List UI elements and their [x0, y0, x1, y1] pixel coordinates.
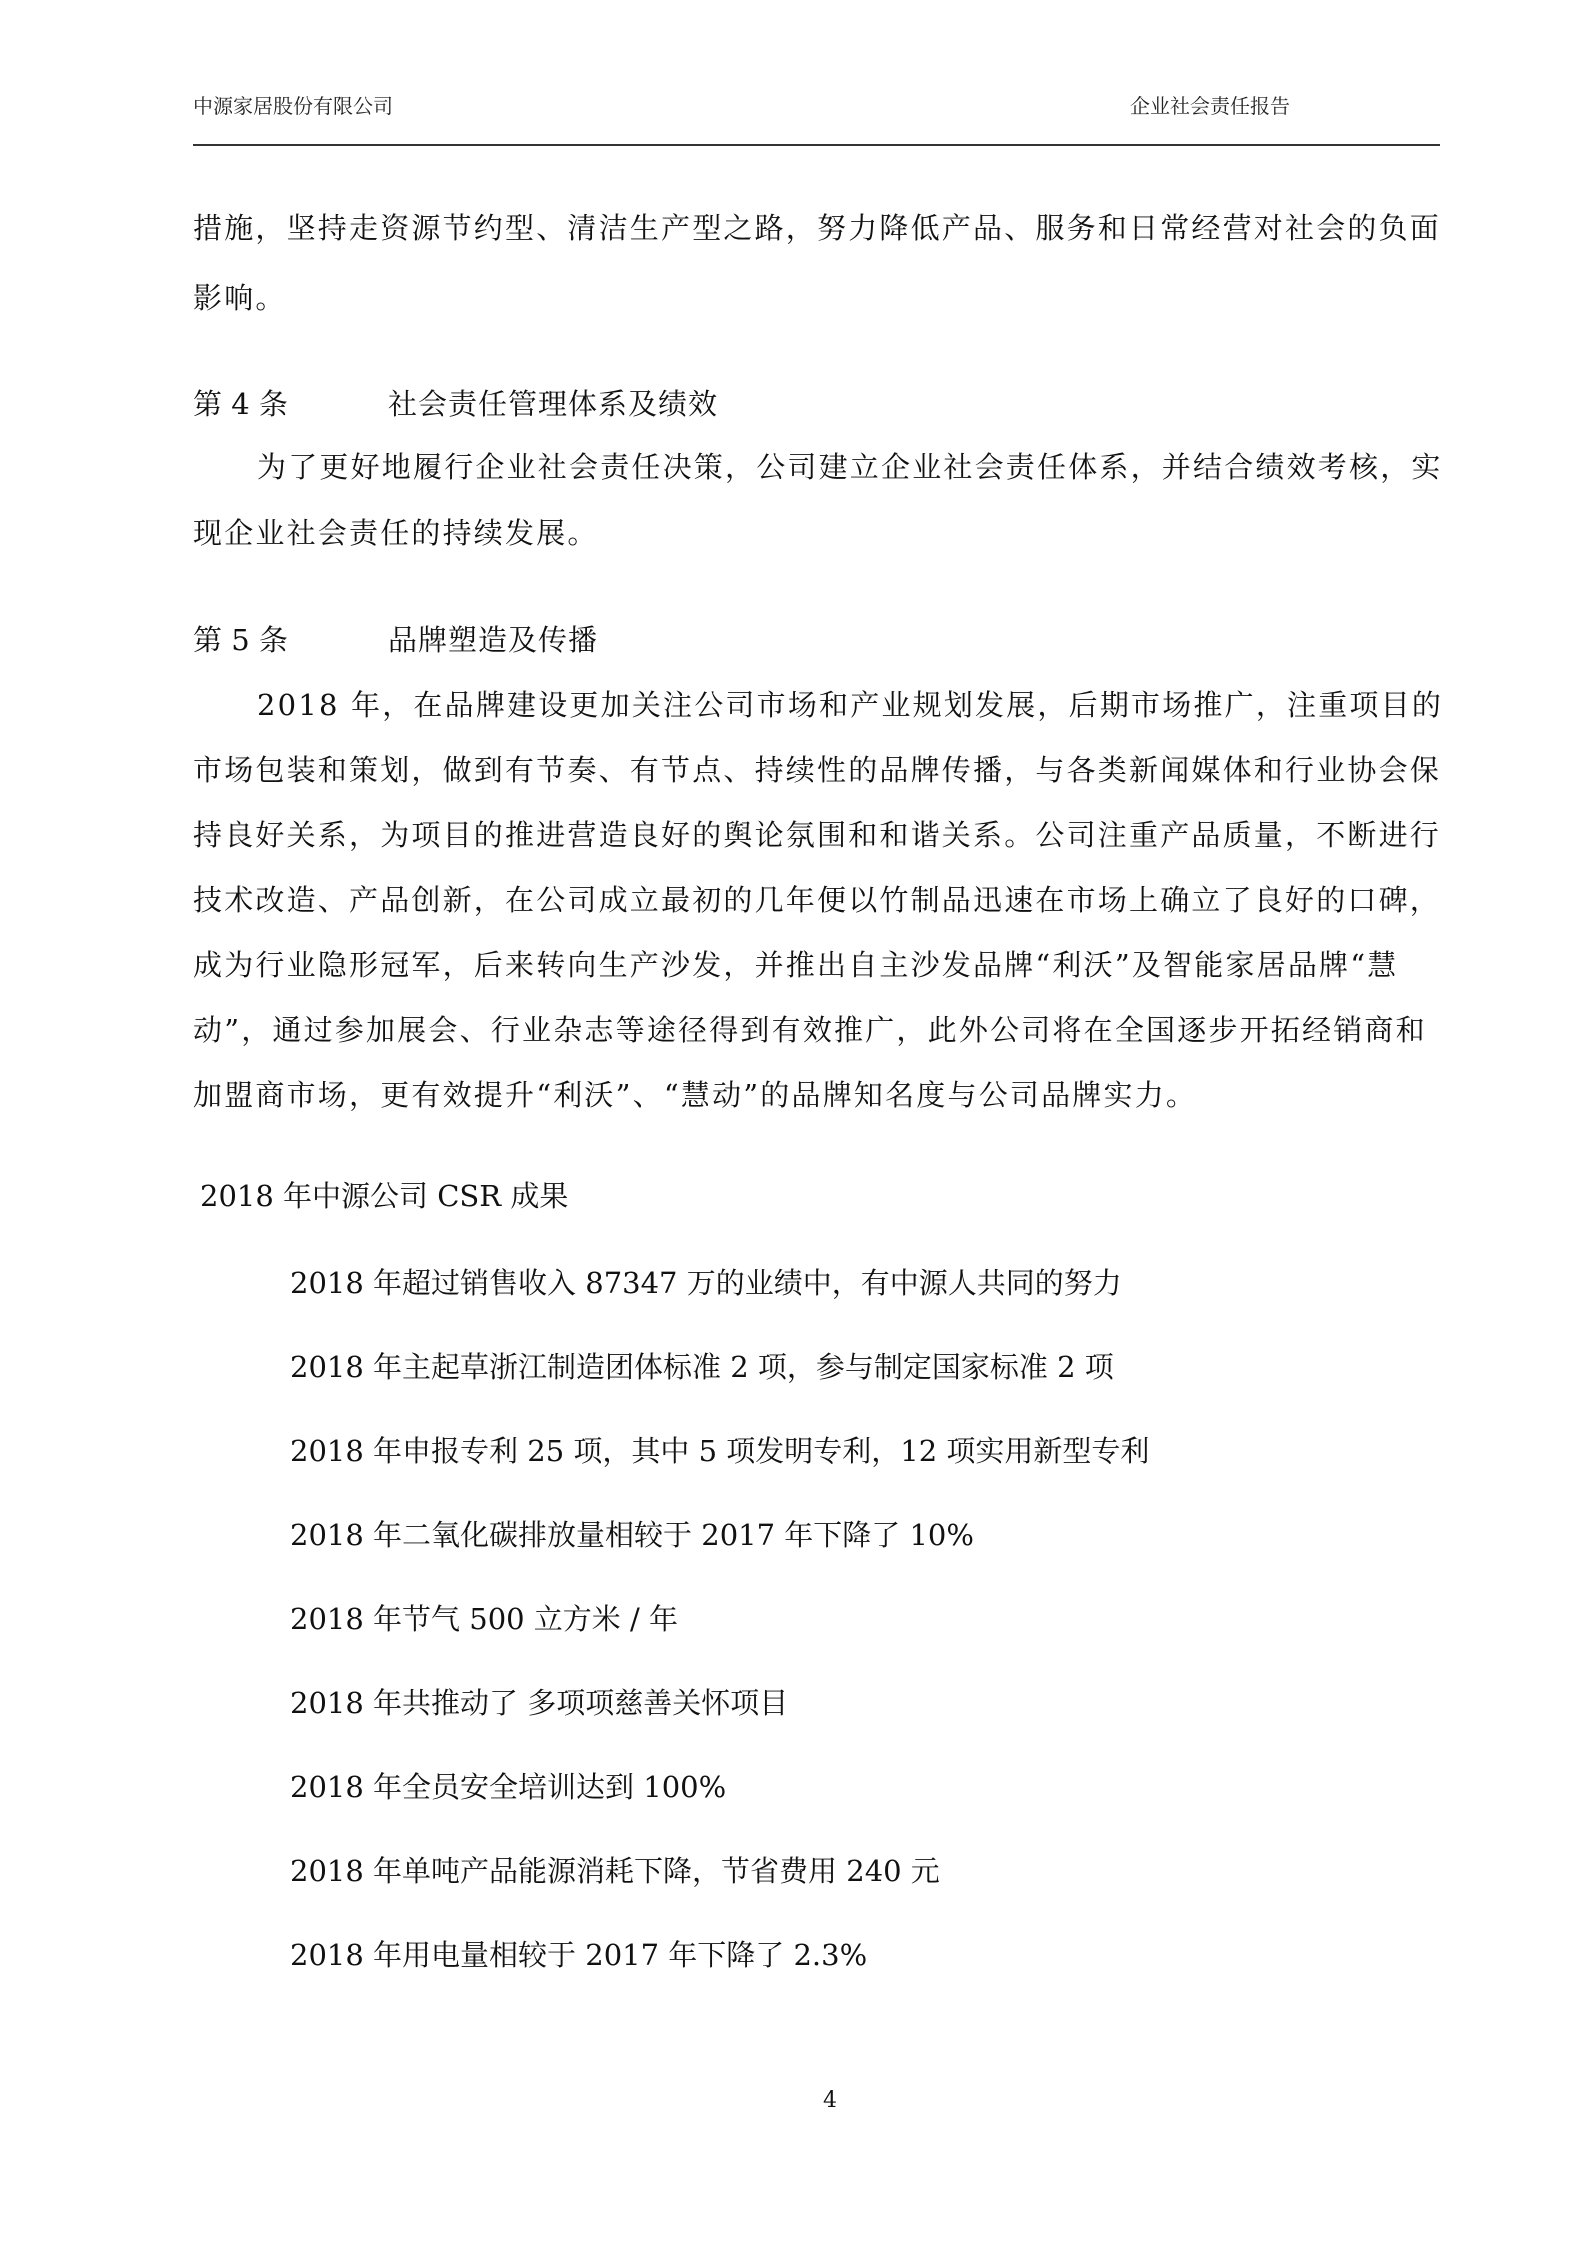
csr-result-item: 2018 年节气 500 立方米 / 年	[290, 1599, 678, 1639]
paragraph-line: 加盟商市场，更有效提升“利沃”、“慧动”的品牌知名度与公司品牌实力。	[193, 1075, 1483, 1115]
csr-result-item: 2018 年单吨产品能源消耗下降，节省费用 240 元	[290, 1851, 940, 1891]
page-number: 4	[823, 2086, 837, 2116]
csr-result-item: 2018 年共推动了 多项项慈善关怀项目	[290, 1683, 788, 1723]
csr-result-item: 2018 年全员安全培训达到 100%	[290, 1767, 726, 1807]
paragraph-line: 技术改造、产品创新，在公司成立最初的几年便以竹制品迅速在市场上确立了良好的口碑，	[193, 880, 1483, 920]
csr-results-title: 2018 年中源公司 CSR 成果	[200, 1176, 568, 1216]
paragraph-line: 成为行业隐形冠军，后来转向生产沙发，并推出自主沙发品牌“利沃”及智能家居品牌“慧	[193, 945, 1483, 985]
paragraph-line: 2018 年，在品牌建设更加关注公司市场和产业规划发展，后期市场推广，注重项目的	[257, 685, 1483, 725]
paragraph-line: 为了更好地履行企业社会责任决策，公司建立企业社会责任体系，并结合绩效考核，实	[257, 447, 1483, 487]
intro-line: 影响。	[193, 278, 1483, 318]
paragraph-line: 动”，通过参加展会、行业杂志等途径得到有效推广，此外公司将在全国逐步开拓经销商和	[193, 1010, 1483, 1050]
section-number: 第 4 条	[193, 384, 288, 424]
paragraph-line: 市场包装和策划，做到有节奏、有节点、持续性的品牌传播，与各类新闻媒体和行业协会保	[193, 750, 1483, 790]
csr-result-item: 2018 年超过销售收入 87347 万的业绩中，有中源人共同的努力	[290, 1263, 1122, 1303]
paragraph-line: 现企业社会责任的持续发展。	[193, 513, 1483, 553]
header-company-name: 中源家居股份有限公司	[193, 92, 393, 120]
csr-result-item: 2018 年申报专利 25 项，其中 5 项发明专利，12 项实用新型专利	[290, 1431, 1149, 1471]
header-report-title: 企业社会责任报告	[1130, 92, 1290, 120]
csr-result-item: 2018 年主起草浙江制造团体标准 2 项，参与制定国家标准 2 项	[290, 1347, 1114, 1387]
section-title: 社会责任管理体系及绩效	[388, 384, 718, 424]
header-divider	[193, 144, 1440, 146]
paragraph-line: 持良好关系，为项目的推进营造良好的舆论氛围和和谐关系。公司注重产品质量，不断进行	[193, 815, 1483, 855]
section-number: 第 5 条	[193, 620, 288, 660]
section-title: 品牌塑造及传播	[388, 620, 598, 660]
intro-line: 措施，坚持走资源节约型、清洁生产型之路，努力降低产品、服务和日常经营对社会的负面	[193, 208, 1483, 248]
csr-result-item: 2018 年二氧化碳排放量相较于 2017 年下降了 10%	[290, 1515, 974, 1555]
page-header: 中源家居股份有限公司 企业社会责任报告	[193, 92, 1440, 146]
csr-result-item: 2018 年用电量相较于 2017 年下降了 2.3%	[290, 1935, 867, 1975]
